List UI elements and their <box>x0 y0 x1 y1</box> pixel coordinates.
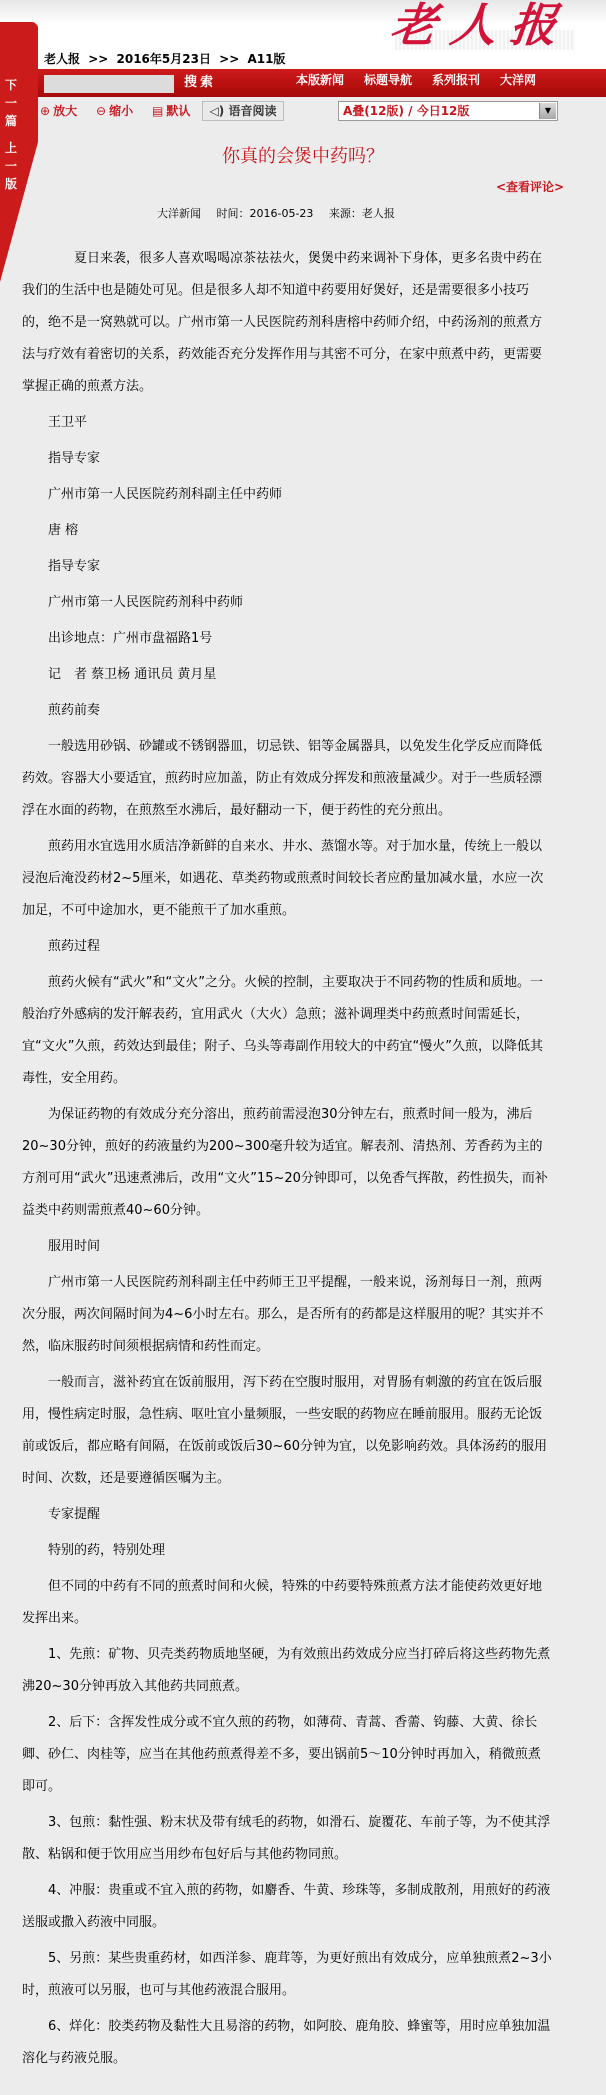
search-button[interactable]: 搜索 <box>184 72 216 94</box>
view-comments-link[interactable]: <查看评论> <box>496 179 564 195</box>
breadcrumb-home[interactable]: 老人报 <box>44 52 80 66</box>
breadcrumb: 老人报 >> 2016年5月23日 >> A11版 <box>44 50 289 68</box>
nav-series-publications[interactable]: 系列报刊 <box>432 70 480 94</box>
zoom-in-button[interactable]: ⊕放大 <box>40 102 77 120</box>
zoom-in-label: 放大 <box>53 104 77 118</box>
tts-label: 语音阅读 <box>228 104 276 118</box>
meta-origin: 来源：老人报 <box>329 207 395 220</box>
article-body: 夏日来袭，很多人喜欢喝喝凉茶祛祛火，煲煲中药来调补下身体，更多名贵中药在我们的生… <box>22 243 552 2079</box>
section-heading: 服用时间 <box>22 1231 552 1263</box>
paragraph: 1、先煎：矿物、贝壳类药物质地坚硬，为有效煎出药效成分应当打碎后将这些药物先煮沸… <box>22 1639 552 1703</box>
edition-selected-value: A叠(12版) / 今日12版 <box>343 102 469 120</box>
default-size-label: 默认 <box>166 104 190 118</box>
default-size-button[interactable]: ▤默认 <box>152 102 190 120</box>
paragraph: 指导专家 <box>22 551 552 583</box>
paragraph: 王卫平 <box>22 407 552 439</box>
search-input[interactable] <box>44 75 174 93</box>
nav-title-index[interactable]: 标题导航 <box>364 70 412 94</box>
paragraph: 唐 榕 <box>22 515 552 547</box>
paragraph: 煎药火候有“武火”和“文火”之分。火候的控制，主要取决于不同药物的性质和质地。一… <box>22 967 552 1095</box>
prev-page-char: 版 <box>4 177 18 191</box>
paragraph: 5、另煎：某些贵重药材，如西洋参、鹿茸等，为更好煎出有效成分，应单独煎煮2~3小… <box>22 1943 552 2007</box>
article-title: 你真的会煲中药吗？ <box>0 145 606 169</box>
breadcrumb-page[interactable]: A11版 <box>247 52 285 66</box>
nav-dayoo[interactable]: 大洋网 <box>500 70 536 94</box>
text-to-speech-button[interactable]: ◁) 语音阅读 <box>202 101 284 121</box>
paragraph: 2、后下：含挥发性成分或不宜久煎的药物，如薄荷、青蒿、香薷、钩藤、大黄、徐长卿、… <box>22 1707 552 1803</box>
chevron-down-icon[interactable]: ▼ <box>539 103 556 119</box>
next-article-char: 下 <box>4 78 18 92</box>
section-heading: 专家提醒 <box>22 1499 552 1531</box>
paragraph: 一般选用砂锅、砂罐或不锈钢器皿，切忌铁、铝等金属器具，以免发生化学反应而降低药效… <box>22 731 552 827</box>
paragraph: 但不同的中药有不同的煎煮时间和火候，特殊的中药要特殊煎煮方法才能使药效更好地发挥… <box>22 1571 552 1635</box>
zoom-in-icon: ⊕ <box>40 104 50 118</box>
paragraph: 为保证药物的有效成分充分溶出，煎药前需浸泡30分钟左右，煎煮时间一般为，沸后20… <box>22 1099 552 1227</box>
document-icon: ▤ <box>152 104 163 118</box>
paragraph: 广州市第一人民医院药剂科副主任中药师王卫平提醒，一般来说，汤剂每日一剂，煎两次分… <box>22 1267 552 1363</box>
toolbar: ⊕放大 ⊖缩小 ▤默认 ◁) 语音阅读 A叠(12版) / 今日12版 ▼ <box>38 97 606 127</box>
speaker-icon: ◁) <box>210 104 225 118</box>
paragraph: 煎药用水宜选用水质洁净新鲜的自来水、井水、蒸馏水等。对于加水量，传统上一般以浸泡… <box>22 831 552 927</box>
breadcrumb-separator: >> <box>88 52 108 66</box>
meta-time: 时间：2016-05-23 <box>217 207 314 220</box>
nav-links: 本版新闻 标题导航 系列报刊 大洋网 <box>296 70 556 94</box>
paragraph: 出诊地点：广州市盘福路1号 <box>22 623 552 655</box>
article-meta: 大洋新闻 时间：2016-05-23 来源：老人报 <box>157 206 407 222</box>
paragraph: 4、冲服：贵重或不宜入煎的药物，如麝香、牛黄、珍珠等，多制成散剂，用煎好的药液送… <box>22 1875 552 1939</box>
paragraph: 记 者 蔡卫杨 通讯员 黄月星 <box>22 659 552 691</box>
paragraph: 3、包煎：黏性强、粉末状及带有绒毛的药物，如滑石、旋覆花、车前子等，为不使其浮散… <box>22 1807 552 1871</box>
zoom-out-button[interactable]: ⊖缩小 <box>96 102 133 120</box>
paragraph: 指导专家 <box>22 443 552 475</box>
newspaper-logo[interactable]: 老人报 <box>387 0 583 58</box>
edition-select[interactable]: A叠(12版) / 今日12版 ▼ <box>338 101 558 121</box>
paragraph: 6、烊化：胶类药物及黏性大且易溶的药物，如阿胶、鹿角胶、蜂蜜等，用时应单独加温溶… <box>22 2011 552 2075</box>
nav-page-news[interactable]: 本版新闻 <box>296 70 344 94</box>
breadcrumb-date[interactable]: 2016年5月23日 <box>117 52 211 66</box>
section-heading: 煎药过程 <box>22 931 552 963</box>
breadcrumb-separator: >> <box>219 52 239 66</box>
meta-source: 大洋新闻 <box>157 207 201 220</box>
next-article-char: 篇 <box>4 114 18 128</box>
paragraph: 夏日来袭，很多人喜欢喝喝凉茶祛祛火，煲煲中药来调补下身体，更多名贵中药在我们的生… <box>22 243 552 403</box>
section-heading: 煎药前奏 <box>22 695 552 727</box>
zoom-out-icon: ⊖ <box>96 104 106 118</box>
section-heading: 特别的药，特别处理 <box>22 1535 552 1567</box>
paragraph: 广州市第一人民医院药剂科副主任中药师 <box>22 479 552 511</box>
next-article-char: 一 <box>4 96 18 110</box>
next-article-link[interactable]: 下 一 篇 <box>4 78 18 132</box>
zoom-out-label: 缩小 <box>109 104 133 118</box>
paragraph: 广州市第一人民医院药剂科中药师 <box>22 587 552 619</box>
paragraph: 一般而言，滋补药宜在饭前服用，泻下药在空腹时服用，对胃肠有刺激的药宜在饭后服用，… <box>22 1367 552 1495</box>
